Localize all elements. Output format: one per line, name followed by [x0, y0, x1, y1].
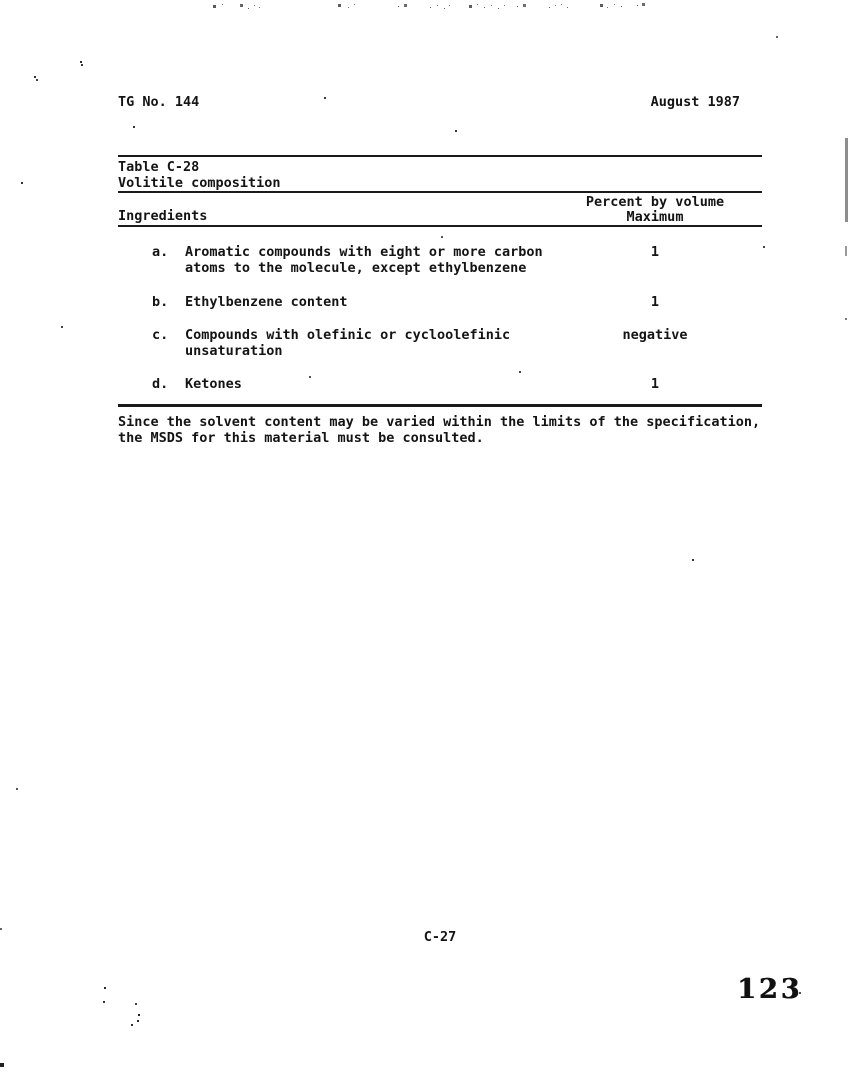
note-line: the MSDS for this material must be consu…	[118, 430, 780, 446]
table-rule-under-headers	[118, 225, 762, 227]
table-subtitle: Volitile composition	[118, 175, 762, 191]
table-row-c: c. Compounds with olefinic or cycloolefi…	[118, 327, 762, 359]
table-row-d: d. Ketones 1	[118, 376, 762, 392]
row-text-line: unsaturation	[185, 343, 762, 359]
table-rule-top	[118, 155, 762, 157]
table-row-a: a. Aromatic compounds with eight or more…	[118, 244, 762, 276]
row-value: 1	[580, 244, 730, 260]
note-line: Since the solvent content may be varied …	[118, 414, 780, 430]
column-header-percent-by-volume: Percent by volume Maximum	[580, 195, 730, 225]
table-title: Table C-28	[118, 159, 762, 175]
row-value: negative	[580, 327, 730, 343]
table-column-headers: Ingredients Percent by volume Maximum	[118, 193, 762, 225]
row-value: 1	[580, 294, 730, 310]
row-label: a.	[152, 244, 168, 260]
row-label: b.	[152, 294, 168, 310]
scan-artifact-right-edge-2	[845, 246, 847, 256]
column-header-value-line1: Percent by volume	[580, 195, 730, 210]
table-row-b: b. Ethylbenzene content 1	[118, 294, 762, 310]
table-title-block: Table C-28 Volitile composition	[118, 159, 762, 191]
row-value: 1	[580, 376, 730, 392]
footer-page-label: C-27	[118, 929, 762, 945]
document-number: TG No. 144	[118, 94, 199, 110]
table-c28: Table C-28 Volitile composition Ingredie…	[118, 155, 762, 407]
scanned-document-page: TG No. 144 August 1987 Table C-28 Voliti…	[0, 0, 848, 1072]
column-header-ingredients: Ingredients	[118, 208, 207, 224]
table-rule-bottom	[118, 404, 762, 407]
row-label: c.	[152, 327, 168, 343]
solvent-note: Since the solvent content may be varied …	[118, 414, 780, 446]
row-label: d.	[152, 376, 168, 392]
column-header-value-line2: Maximum	[580, 210, 730, 225]
scan-noise-top-edge	[0, 0, 1, 1]
row-text-line: atoms to the molecule, except ethylbenze…	[185, 260, 762, 276]
page-header: TG No. 144 August 1987	[118, 94, 740, 110]
document-date: August 1987	[651, 94, 740, 110]
stamped-page-number: 123	[737, 982, 802, 998]
scan-noise-specks	[0, 0, 2, 2]
